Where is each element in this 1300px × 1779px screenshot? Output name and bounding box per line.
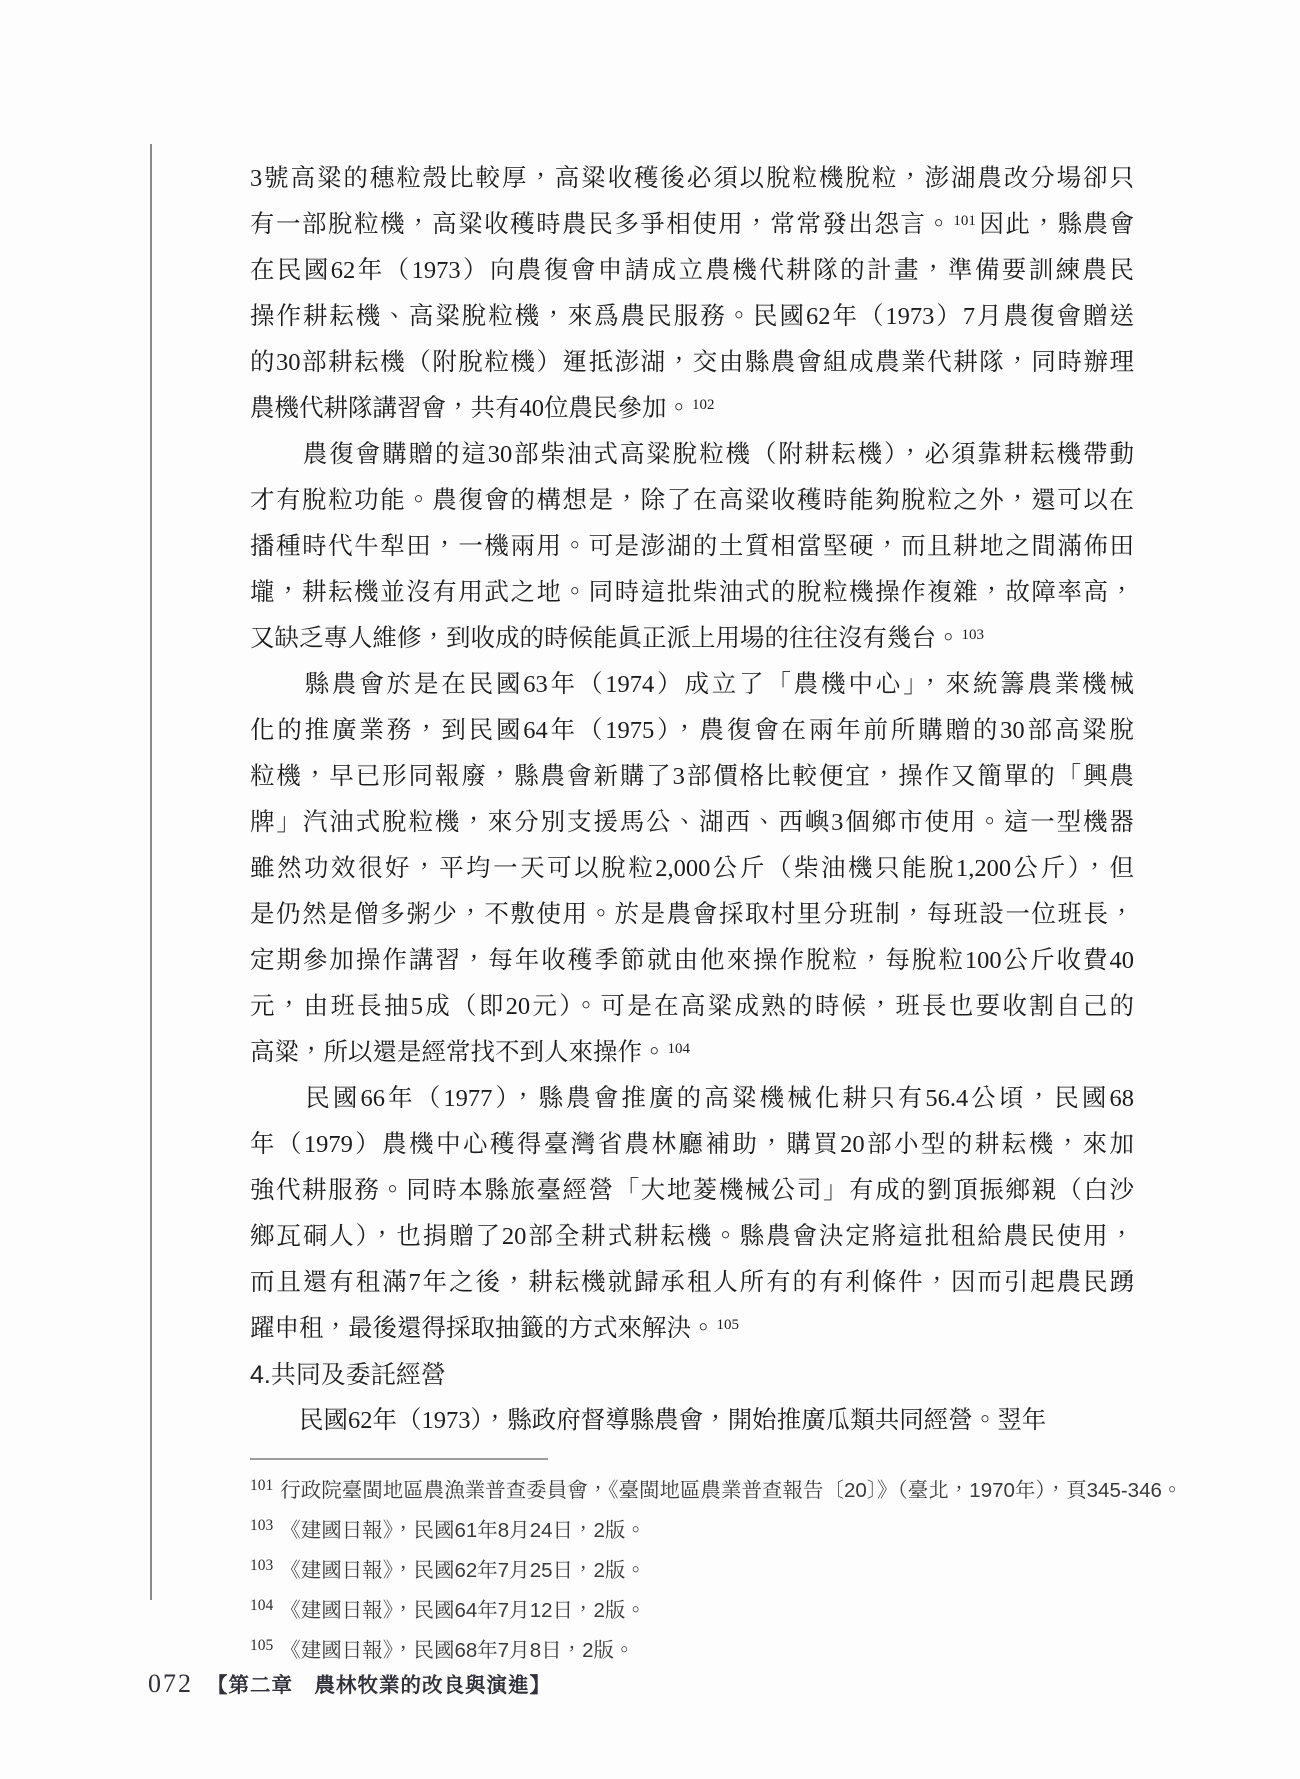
text-line: 縣農會於是在民國63年（1974）成立了「農機中心」，來統籌農業機械: [250, 662, 1134, 708]
footnote-ref: 105: [716, 1317, 742, 1333]
footnote-number: 103: [250, 1517, 273, 1534]
footnote-item: 105《建國日報》，民國68年7月8日，2版。: [250, 1632, 1160, 1672]
chapter-title: 【第二章 農林牧業的改良與演進】: [207, 1668, 551, 1698]
footnote-text: 《建國日報》，民國61年8月24日，2版。: [280, 1519, 646, 1542]
text-line: 農復會購贈的這30部柴油式高粱脫粒機（附耕耘機），必須靠耕耘機帶動: [250, 432, 1134, 478]
text-line: 鄉瓦硐人），也捐贈了20部全耕式耕耘機。縣農會決定將這批租給農民使用，: [250, 1214, 1134, 1260]
text-line: 元，由班長抽5成（即20元）。可是在高粱成熟的時候，班長也要收割自己的: [250, 984, 1134, 1030]
text-flow: 3號高粱的穗粒殼比較厚，高粱收穫後必須以脫粒機脫粒，澎湖農改分場卻只有一部脫粒機…: [250, 156, 1134, 1444]
page-footer: 072 【第二章 農林牧業的改良與演進】: [148, 1668, 551, 1699]
footnote-ref: 101: [952, 213, 978, 229]
footnote-list: 101行政院臺閩地區農漁業普查委員會，《臺閩地區農業普查報告〔20〕》（臺北，1…: [250, 1472, 1160, 1672]
text-line: 雖然功效很好，平均一天可以脫粒2,000公斤（柴油機只能脫1,200公斤），但: [250, 846, 1134, 892]
text-line: 農機代耕隊講習會，共有40位農民參加。102: [250, 386, 1134, 432]
footnote-ref: 102: [691, 397, 717, 413]
footnote-text: 《建國日報》，民國64年7月12日，2版。: [280, 1599, 646, 1622]
text-line: 而且還有租滿7年之後，耕耘機就歸承租人所有的有利條件，因而引起農民踴: [250, 1260, 1134, 1306]
footnote-separator: [250, 1458, 548, 1460]
footnote-ref: 103: [961, 627, 987, 643]
footnote-item: 101行政院臺閩地區農漁業普查委員會，《臺閩地區農業普查報告〔20〕》（臺北，1…: [250, 1472, 1160, 1512]
left-margin-rule: [150, 144, 152, 1600]
text-line: 牌」汽油式脫粒機，來分別支援馬公、湖西、西嶼3個鄉市使用。這一型機器: [250, 800, 1134, 846]
paragraph: 民國62年（1973），縣政府督導縣農會，開始推廣瓜類共同經營。翌年: [250, 1398, 1134, 1444]
text-line: 的30部耕耘機（附脫粒機）運抵澎湖，交由縣農會組成農業代耕隊，同時辦理: [250, 340, 1134, 386]
text-line: 操作耕耘機、高粱脫粒機，來爲農民服務。民國62年（1973）7月農復會贈送: [250, 294, 1134, 340]
text-line: 強代耕服務。同時本縣旅臺經營「大地菱機械公司」有成的劉頂振鄉親（白沙: [250, 1168, 1134, 1214]
footnote-number: 103: [250, 1557, 273, 1574]
footnote-text: 《建國日報》，民國62年7月25日，2版。: [280, 1559, 646, 1582]
paragraph: 農復會購贈的這30部柴油式高粱脫粒機（附耕耘機），必須靠耕耘機帶動才有脫粒功能。…: [250, 432, 1134, 662]
text-line: 壠，耕耘機並沒有用武之地。同時這批柴油式的脫粒機操作複雜，故障率高，: [250, 570, 1134, 616]
paragraph: 縣農會於是在民國63年（1974）成立了「農機中心」，來統籌農業機械化的推廣業務…: [250, 662, 1134, 1076]
footnote-item: 103《建國日報》，民國62年7月25日，2版。: [250, 1552, 1160, 1592]
text-line: 有一部脫粒機，高粱收穫時農民多爭相使用，常常發出怨言。101因此，縣農會: [250, 202, 1134, 248]
paragraph: 3號高粱的穗粒殼比較厚，高粱收穫後必須以脫粒機脫粒，澎湖農改分場卻只有一部脫粒機…: [250, 156, 1134, 432]
text-line: 播種時代牛犁田，一機兩用。可是澎湖的土質相當堅硬，而且耕地之間滿佈田: [250, 524, 1134, 570]
section-heading: 4.共同及委託經營: [250, 1352, 1134, 1398]
footnote-number: 101: [250, 1477, 273, 1494]
text-line: 民國62年（1973），縣政府督導縣農會，開始推廣瓜類共同經營。翌年: [250, 1398, 1134, 1444]
text-line: 民國66年（1977），縣農會推廣的高粱機械化耕只有56.4公頃，民國68: [250, 1076, 1134, 1122]
footnote-ref: 104: [667, 1041, 693, 1057]
footnote-number: 104: [250, 1597, 273, 1614]
text-line: 化的推廣業務，到民國64年（1975），農復會在兩年前所購贈的30部高粱脫: [250, 708, 1134, 754]
page-number: 072: [148, 1669, 193, 1699]
footnote-text: 行政院臺閩地區農漁業普查委員會，《臺閩地區農業普查報告〔20〕》（臺北，1970…: [280, 1479, 1182, 1502]
text-line: 又缺乏專人維修，到收成的時候能眞正派上用場的往往沒有幾台。103: [250, 616, 1134, 662]
text-line: 躍申租，最後還得採取抽籤的方式來解決。105: [250, 1306, 1134, 1352]
text-line: 高粱，所以還是經常找不到人來操作。104: [250, 1030, 1134, 1076]
paragraph: 民國66年（1977），縣農會推廣的高粱機械化耕只有56.4公頃，民國68年（1…: [250, 1076, 1134, 1352]
text-line: 3號高粱的穗粒殼比較厚，高粱收穫後必須以脫粒機脫粒，澎湖農改分場卻只: [250, 156, 1134, 202]
footnote-text: 《建國日報》，民國68年7月8日，2版。: [280, 1639, 634, 1662]
footnote-item: 103《建國日報》，民國61年8月24日，2版。: [250, 1512, 1160, 1552]
footnotes-section: 101行政院臺閩地區農漁業普查委員會，《臺閩地區農業普查報告〔20〕》（臺北，1…: [250, 1458, 1160, 1672]
text-line: 在民國62年（1973）向農復會申請成立農機代耕隊的計畫，準備要訓練農民: [250, 248, 1134, 294]
text-line: 4.共同及委託經營: [250, 1352, 1134, 1398]
text-line: 年（1979）農機中心穫得臺灣省農林廳補助，購買20部小型的耕耘機，來加: [250, 1122, 1134, 1168]
book-page: 3號高粱的穗粒殼比較厚，高粱收穫後必須以脫粒機脫粒，澎湖農改分場卻只有一部脫粒機…: [0, 0, 1300, 1779]
text-line: 才有脫粒功能。農復會的構想是，除了在高粱收穫時能夠脫粒之外，還可以在: [250, 478, 1134, 524]
text-line: 定期參加操作講習，每年收穫季節就由他來操作脫粒，每脫粒100公斤收費40: [250, 938, 1134, 984]
footnote-number: 105: [250, 1637, 273, 1654]
footnote-item: 104《建國日報》，民國64年7月12日，2版。: [250, 1592, 1160, 1632]
text-line: 粒機，早已形同報廢，縣農會新購了3部價格比較便宜，操作又簡單的「興農: [250, 754, 1134, 800]
text-line: 是仍然是僧多粥少，不敷使用。於是農會採取村里分班制，每班設一位班長，: [250, 892, 1134, 938]
